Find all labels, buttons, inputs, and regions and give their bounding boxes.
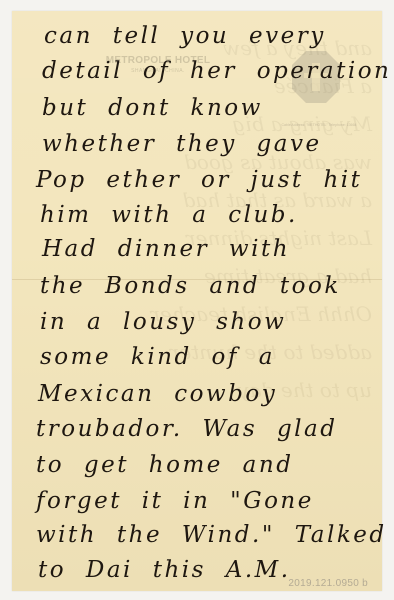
text-line: Mexican cowboy (38, 381, 277, 407)
text-line: to get home and (36, 452, 293, 478)
text-line: Pop ether or just hit (36, 167, 362, 193)
text-line: him with a club. (40, 202, 298, 228)
text-line: troubador. Was glad (36, 416, 337, 442)
handwritten-text: can tell you every detail of her operati… (12, 11, 382, 591)
text-line: can tell you every (44, 23, 326, 49)
text-line: to Dai this A.M. (38, 557, 291, 583)
catalog-number: 2019.121.0950 b (288, 578, 368, 589)
letter-page: and they a few a Fiancée My ging a big w… (12, 11, 382, 591)
text-line: the Bonds and took (40, 273, 341, 299)
text-line: forget it in "Gone (36, 488, 314, 514)
text-line: with the Wind." Talked (36, 522, 387, 548)
text-line: whether they gave (42, 131, 322, 157)
text-line: in a lousy show (40, 309, 286, 335)
text-line: Had dinner with (42, 236, 290, 262)
text-line: some kind of a (40, 344, 275, 370)
text-line: detail of her operation (42, 58, 391, 84)
text-line: but dont know (42, 95, 263, 121)
